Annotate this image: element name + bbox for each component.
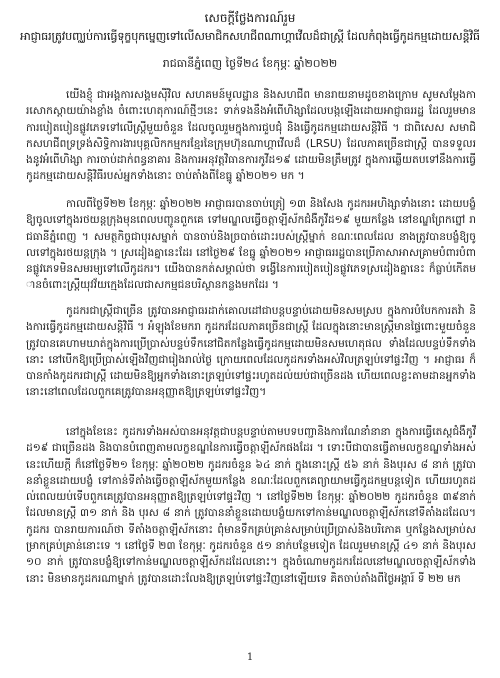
paragraph-2: កាលពីថ្ងៃទី២២ ខែកុម្ភៈ ឆ្នាំ២០២២ អាជ្ញាធ… — [26, 196, 476, 294]
dateline: រាជធានីភ្នំពេញ ថ្ងៃទី២៤ ខែកុម្ភៈ ឆ្នាំ២០… — [0, 57, 500, 71]
paragraph-3: កូដករជាស្ត្រីជាច្រើន ត្រូវបានអាជ្ញាធរដាក… — [26, 303, 476, 419]
document-subtitle: អាជ្ញាធរត្រូវបញ្ឈប់ការធ្វើទុក្ខបុកម្នេញទ… — [0, 30, 500, 44]
page-number: 1 — [0, 652, 500, 663]
document-page: សេចក្តីថ្លែងការណ៍រួម អាជ្ញាធរត្រូវបញ្ឈប់… — [0, 0, 500, 678]
paragraph-1: យើងខ្ញុំ ជាអង្គការសង្គមស៊ីវិល សហគមន៍មូលដ… — [26, 87, 476, 187]
document-title: សេចក្តីថ្លែងការណ៍រួម — [0, 11, 500, 25]
paragraph-4: នៅក្នុងខែនេះ កូដករទាំងអស់បានអនុវត្តជាបន្… — [26, 424, 476, 604]
